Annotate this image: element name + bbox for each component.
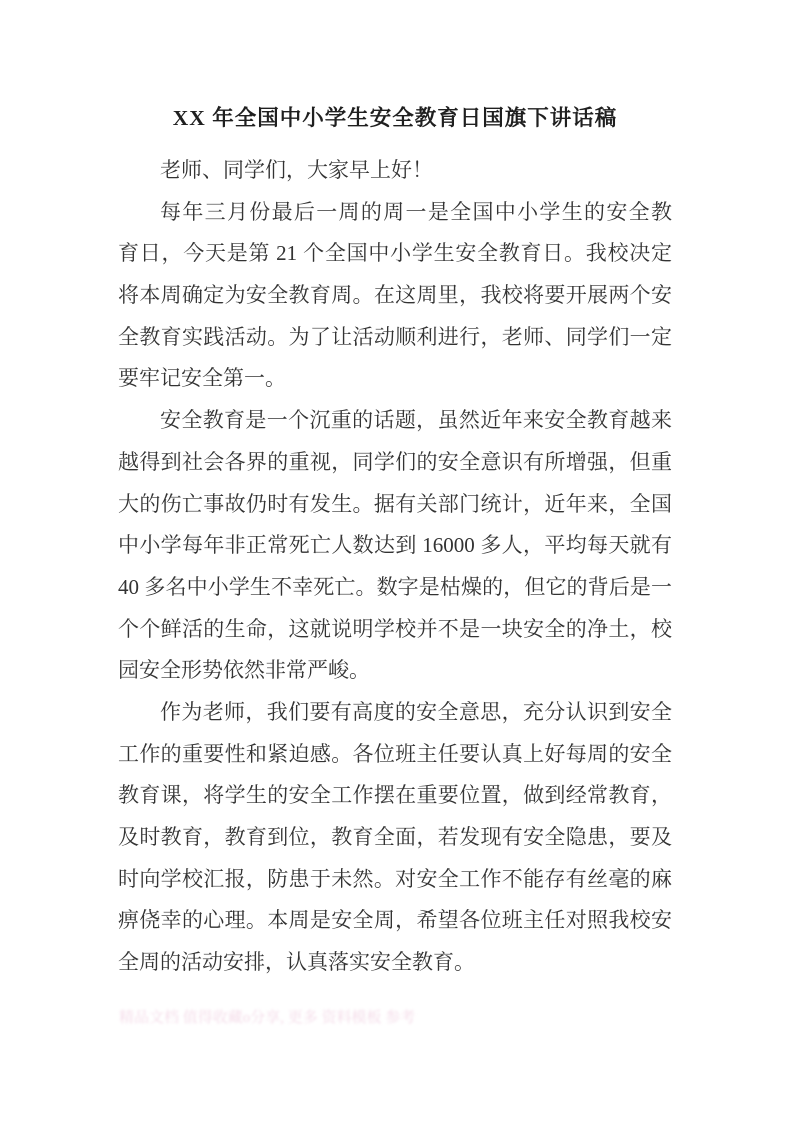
document-body: 老师、同学们，大家早上好！ 每年三月份最后一周的周一是全国中小学生的安全教 育日…: [118, 150, 672, 984]
text-line: 全周的活动安排，认真落实安全教育。: [118, 942, 672, 984]
text-line: 痹侥幸的心理。本周是安全周，希望各位班主任对照我校安: [118, 900, 672, 942]
text-line: 育日，今天是第 21 个全国中小学生安全教育日。我校决定: [118, 233, 672, 275]
text-line: 将本周确定为安全教育周。在这周里，我校将要开展两个安: [118, 275, 672, 317]
text-line: 及时教育，教育到位，教育全面，若发现有安全隐患，要及: [118, 817, 672, 859]
text-line: 安全教育是一个沉重的话题，虽然近年来安全教育越来: [118, 400, 672, 442]
text-line: 全教育实践活动。为了让活动顺利进行，老师、同学们一定: [118, 317, 672, 359]
text-line: 大的伤亡事故仍时有发生。据有关部门统计，近年来，全国: [118, 484, 672, 526]
text-line: 个个鲜活的生命，这就说明学校并不是一块安全的净土，校: [118, 609, 672, 651]
text-line: 要牢记安全第一。: [118, 358, 672, 400]
text-line: 中小学每年非正常死亡人数达到 16000 多人，平均每天就有: [118, 525, 672, 567]
text-line: 作为老师，我们要有高度的安全意思，充分认识到安全: [118, 692, 672, 734]
text-line: 园安全形势依然非常严峻。: [118, 650, 672, 692]
text-line: 40 多名中小学生不幸死亡。数字是枯燥的，但它的背后是一: [118, 567, 672, 609]
watermark-text: 精品文档 值得收藏o分享, 更多 资料模板 参考: [119, 1004, 419, 1032]
document-title: XX 年全国中小学生安全教育日国旗下讲话稿: [118, 96, 672, 140]
text-line: 每年三月份最后一周的周一是全国中小学生的安全教: [118, 192, 672, 234]
text-line: 工作的重要性和紧迫感。各位班主任要认真上好每周的安全: [118, 734, 672, 776]
text-line: 越得到社会各界的重视，同学们的安全意识有所增强，但重: [118, 442, 672, 484]
text-line: 时向学校汇报，防患于未然。对安全工作不能存有丝毫的麻: [118, 859, 672, 901]
text-line: 老师、同学们，大家早上好！: [118, 150, 672, 192]
text-line: 教育课，将学生的安全工作摆在重要位置，做到经常教育，: [118, 775, 672, 817]
document-content: XX 年全国中小学生安全教育日国旗下讲话稿 老师、同学们，大家早上好！ 每年三月…: [118, 96, 672, 984]
document-page: XX 年全国中小学生安全教育日国旗下讲话稿 老师、同学们，大家早上好！ 每年三月…: [0, 0, 793, 1122]
